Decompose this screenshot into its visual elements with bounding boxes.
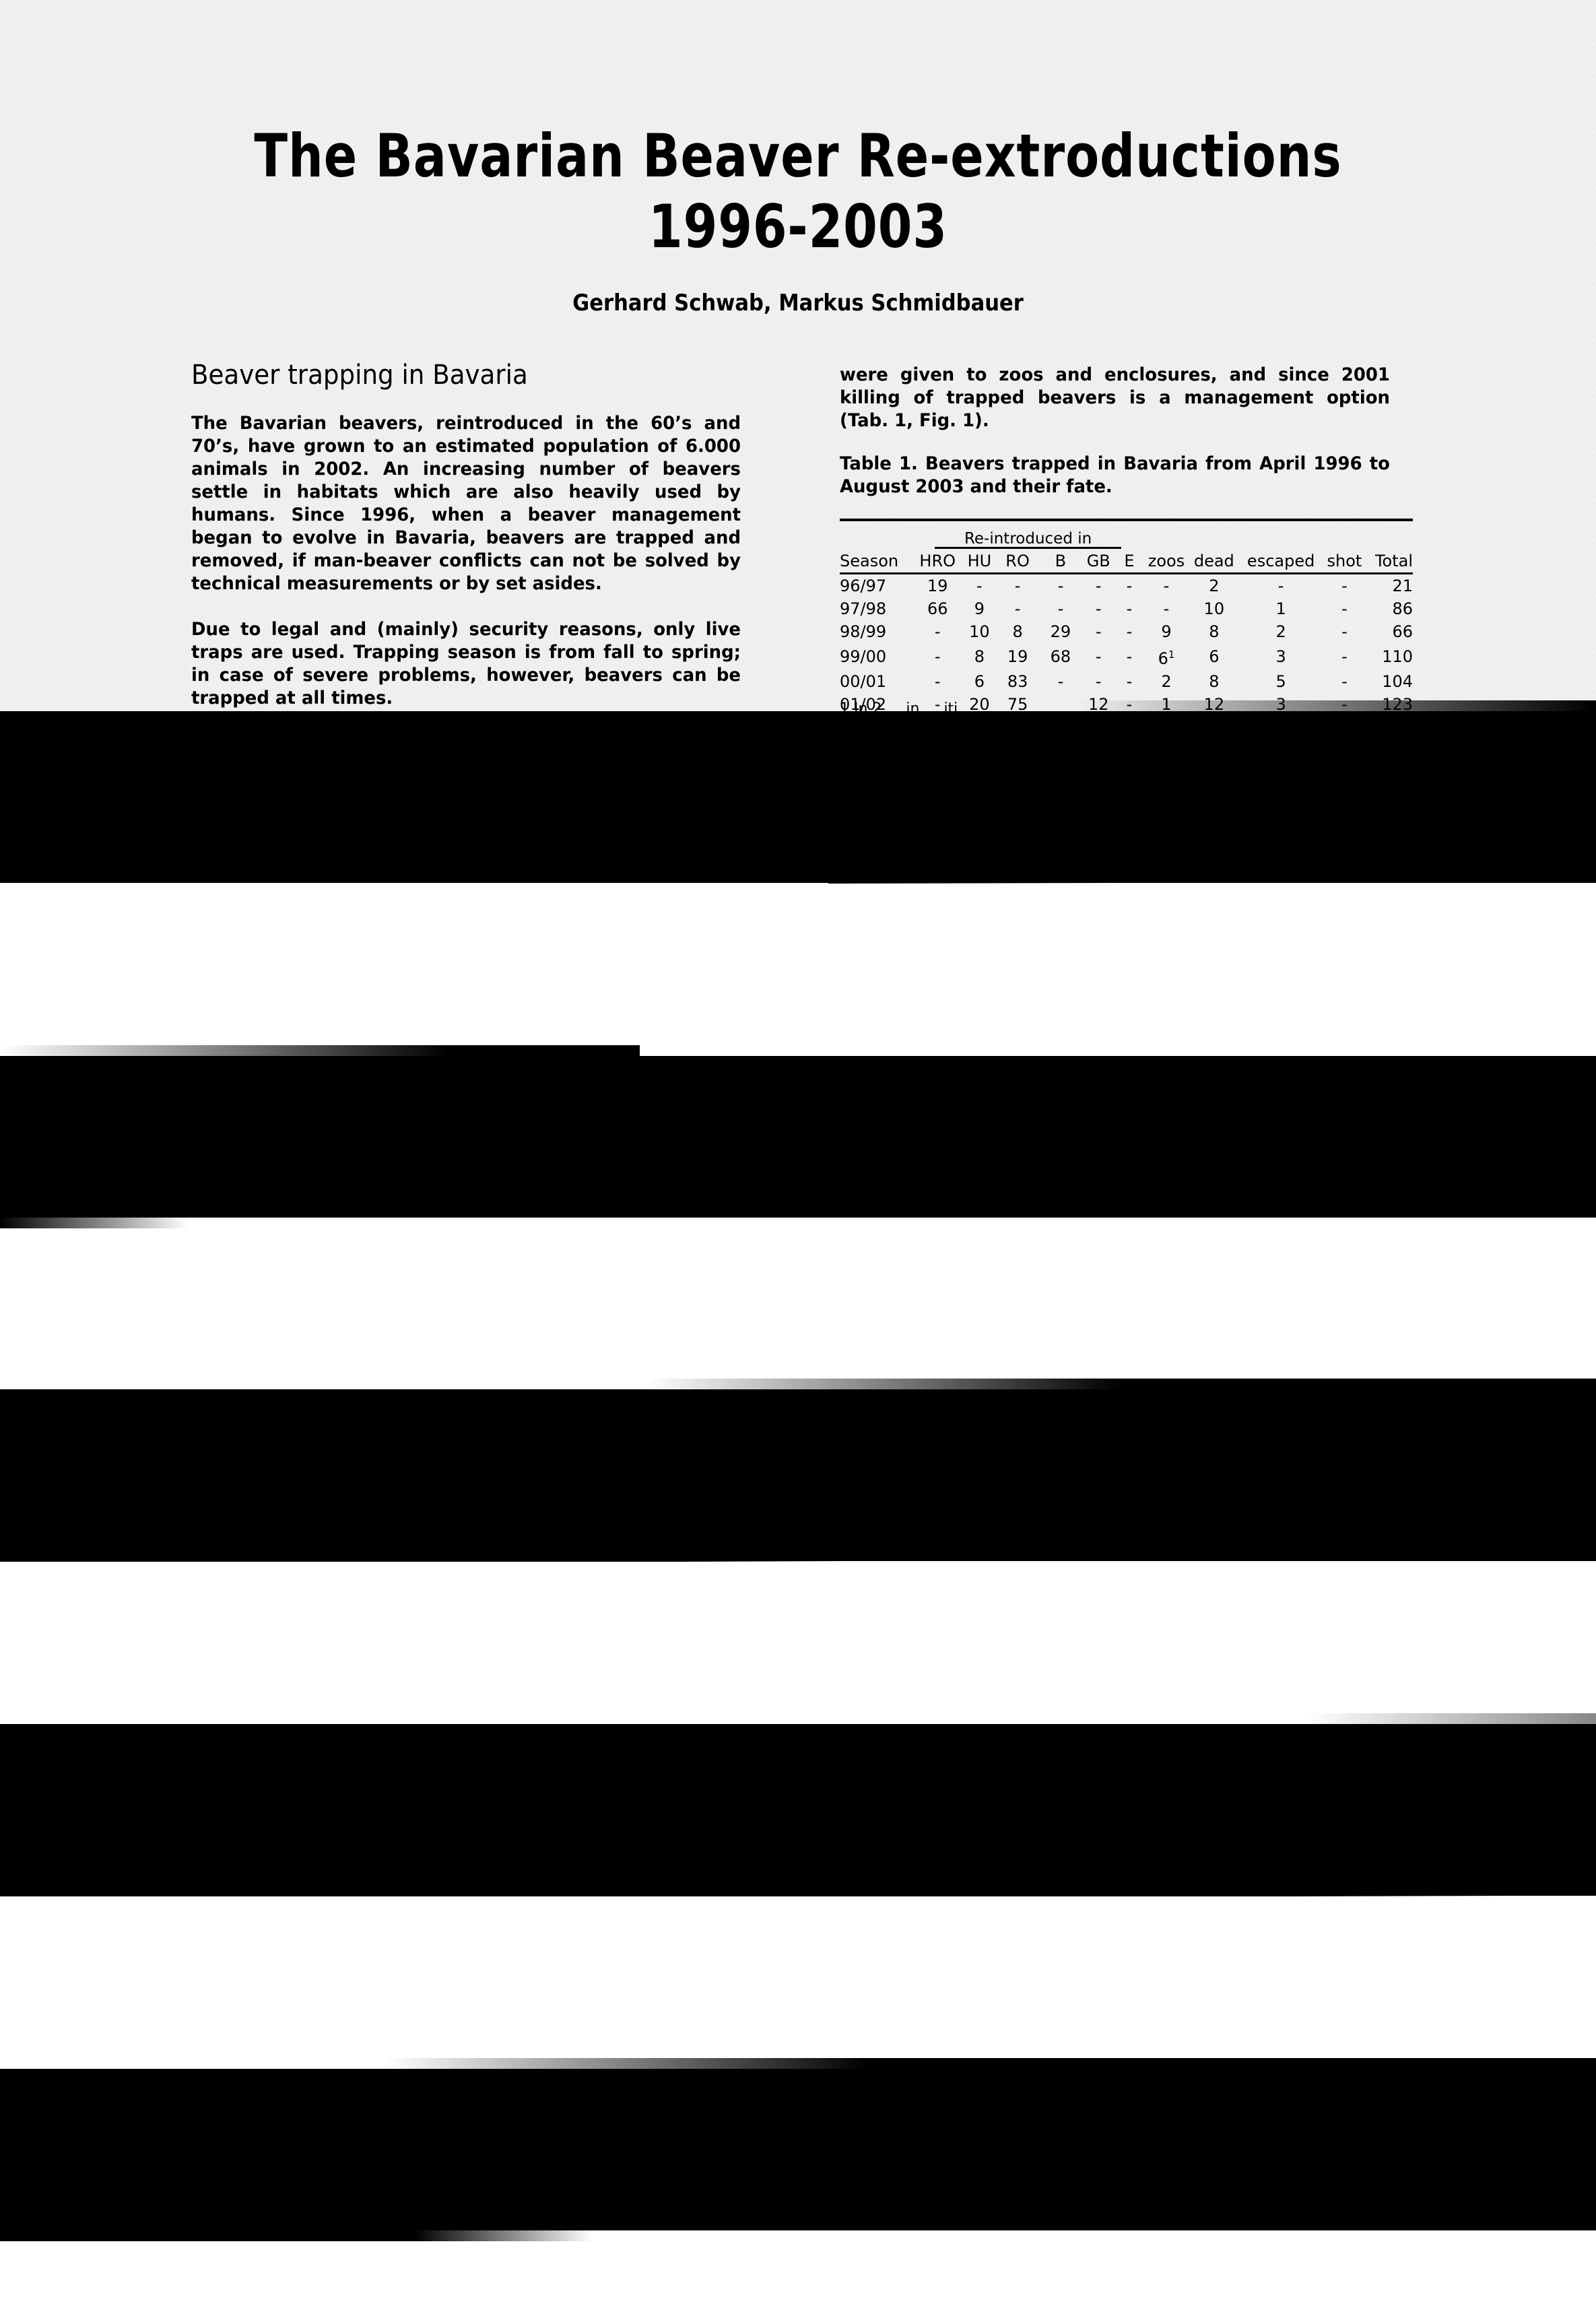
table-cell: 2	[1143, 670, 1189, 693]
glitch-gradient	[0, 1218, 189, 1228]
table-cell: -	[996, 597, 1039, 620]
glitch-gradient	[0, 1886, 1515, 1896]
table-top-rule	[840, 519, 1413, 521]
table-cell: 10	[1189, 597, 1239, 620]
table-cell: -	[996, 574, 1039, 598]
table-cell: -	[1323, 643, 1366, 670]
table-cell: 68	[1039, 643, 1082, 670]
table-cell: 9	[1143, 620, 1189, 643]
glitch-band	[0, 1389, 1596, 1561]
glitch-gradient	[0, 1551, 849, 1562]
poster-title: The Bavarian Beaver Re-extroductions	[64, 121, 1532, 191]
glitch-band	[0, 2069, 1596, 2230]
group-header: Re-introduced in	[912, 527, 1143, 550]
table-cell: -	[912, 620, 963, 643]
column-header: dead	[1189, 550, 1239, 574]
table-cell: 9	[963, 597, 997, 620]
glitch-gradient	[1306, 1713, 1596, 1724]
table-cell: 8	[996, 620, 1039, 643]
table-cell: 8	[1189, 670, 1239, 693]
table-cell: 66	[1366, 620, 1413, 643]
table-row: 97/98669-----101-86	[840, 597, 1413, 620]
table-cell: 1	[1239, 597, 1323, 620]
table-cell: -	[1115, 643, 1144, 670]
table-cell: -	[912, 643, 963, 670]
column-header: shot	[1323, 550, 1366, 574]
table-cell: 19	[996, 643, 1039, 670]
column-header: E	[1115, 550, 1144, 574]
table-cell: -	[1082, 597, 1115, 620]
table-cell: 21	[1366, 574, 1413, 598]
glitch-band	[0, 1724, 1596, 1896]
table-cell: 2	[1189, 574, 1239, 598]
table-cell: -	[1239, 574, 1323, 598]
glitch-gradient	[384, 2058, 1596, 2069]
glitch-gradient	[828, 873, 1125, 884]
table-cell: -	[1115, 597, 1144, 620]
table-row: 98/99-10829--982-66	[840, 620, 1413, 643]
table-row: 96/9719------2--21	[840, 574, 1413, 598]
table-cell: -	[1115, 574, 1144, 598]
table-cell: -	[1115, 670, 1144, 693]
column-header: Season	[840, 550, 912, 574]
column-header: zoos	[1143, 550, 1189, 574]
table-cell: -	[1082, 643, 1115, 670]
table-cell: 3	[1239, 643, 1323, 670]
glitch-band	[0, 711, 1596, 883]
table-cell: -	[1115, 620, 1144, 643]
table-cell: -	[1082, 574, 1115, 598]
table-cell: -	[1039, 670, 1082, 693]
column-header: Total	[1366, 550, 1413, 574]
column-header: B	[1039, 550, 1082, 574]
table-row: 00/01-683---285-104	[840, 670, 1413, 693]
paragraph: The Bavarian beavers, reintroduced in th…	[191, 412, 741, 595]
column-header: RO	[996, 550, 1039, 574]
season-cell: 00/01	[840, 670, 912, 693]
glitch-gradient	[1077, 700, 1596, 711]
glitch-band	[0, 1056, 1596, 1218]
table-cell: 104	[1366, 670, 1413, 693]
table-cell: 66	[912, 597, 963, 620]
table-cell: 5	[1239, 670, 1323, 693]
season-cell: 97/98	[840, 597, 912, 620]
table-row: 99/00-81968--6163-110	[840, 643, 1413, 670]
season-cell: 99/00	[840, 643, 912, 670]
season-cell: 98/99	[840, 620, 912, 643]
column-header: HRO	[912, 550, 963, 574]
paragraph: Due to legal and (mainly) security reaso…	[191, 618, 741, 710]
table-cell: -	[1082, 620, 1115, 643]
table-cell: 83	[996, 670, 1039, 693]
table-cell: -	[1323, 620, 1366, 643]
table-cell: 8	[1189, 620, 1239, 643]
table-cell: 10	[963, 620, 997, 643]
table-cell: -	[912, 670, 963, 693]
table-caption: Table 1. Beavers trapped in Bavaria from…	[840, 453, 1390, 498]
table-cell: -	[1039, 597, 1082, 620]
table-cell: -	[963, 574, 997, 598]
footnote-marker: 1	[1168, 649, 1175, 661]
authors: Gerhard Schwab, Markus Schmidbauer	[80, 290, 1517, 317]
left-column: Beaver trapping in Bavaria The Bavarian …	[191, 364, 764, 733]
table-cell: -	[1039, 574, 1082, 598]
season-cell: 96/97	[840, 574, 912, 598]
column-header: HU	[963, 550, 997, 574]
table-cell: -	[1082, 670, 1115, 693]
table-cell: -	[1323, 670, 1366, 693]
column-header: escaped	[1239, 550, 1323, 574]
table-header-row: Season HRO HU RO B GB E zoos dead escape…	[840, 550, 1413, 574]
section-heading: Beaver trapping in Bavaria	[191, 364, 724, 387]
table-cell: 6	[1189, 643, 1239, 670]
table-cell: -	[1323, 597, 1366, 620]
paragraph: were given to zoos and enclosures, and s…	[840, 364, 1390, 432]
poster-title-years: 1996-2003	[64, 192, 1532, 262]
table-cell: 2	[1239, 620, 1323, 643]
table-cell: -	[1143, 574, 1189, 598]
table-cell: 8	[963, 643, 997, 670]
table-cell: 19	[912, 574, 963, 598]
table-cell: 86	[1366, 597, 1413, 620]
glitch-gradient	[0, 1045, 640, 1056]
column-header: GB	[1082, 550, 1115, 574]
poster-page: The Bavarian Beaver Re-extroductions 199…	[0, 0, 1596, 711]
glitch-gradient	[646, 1379, 1596, 1389]
table-cell: 29	[1039, 620, 1082, 643]
group-header-row: Re-introduced in	[840, 527, 1413, 550]
table-cell: -	[1323, 574, 1366, 598]
glitch-gradient	[0, 2230, 593, 2241]
table-cell: 6	[963, 670, 997, 693]
table-cell: -	[1143, 597, 1189, 620]
table-footnote: 1 In 2 … in … iti…	[840, 700, 972, 711]
table-cell: 110	[1366, 643, 1413, 670]
table-cell: 61	[1143, 643, 1189, 670]
